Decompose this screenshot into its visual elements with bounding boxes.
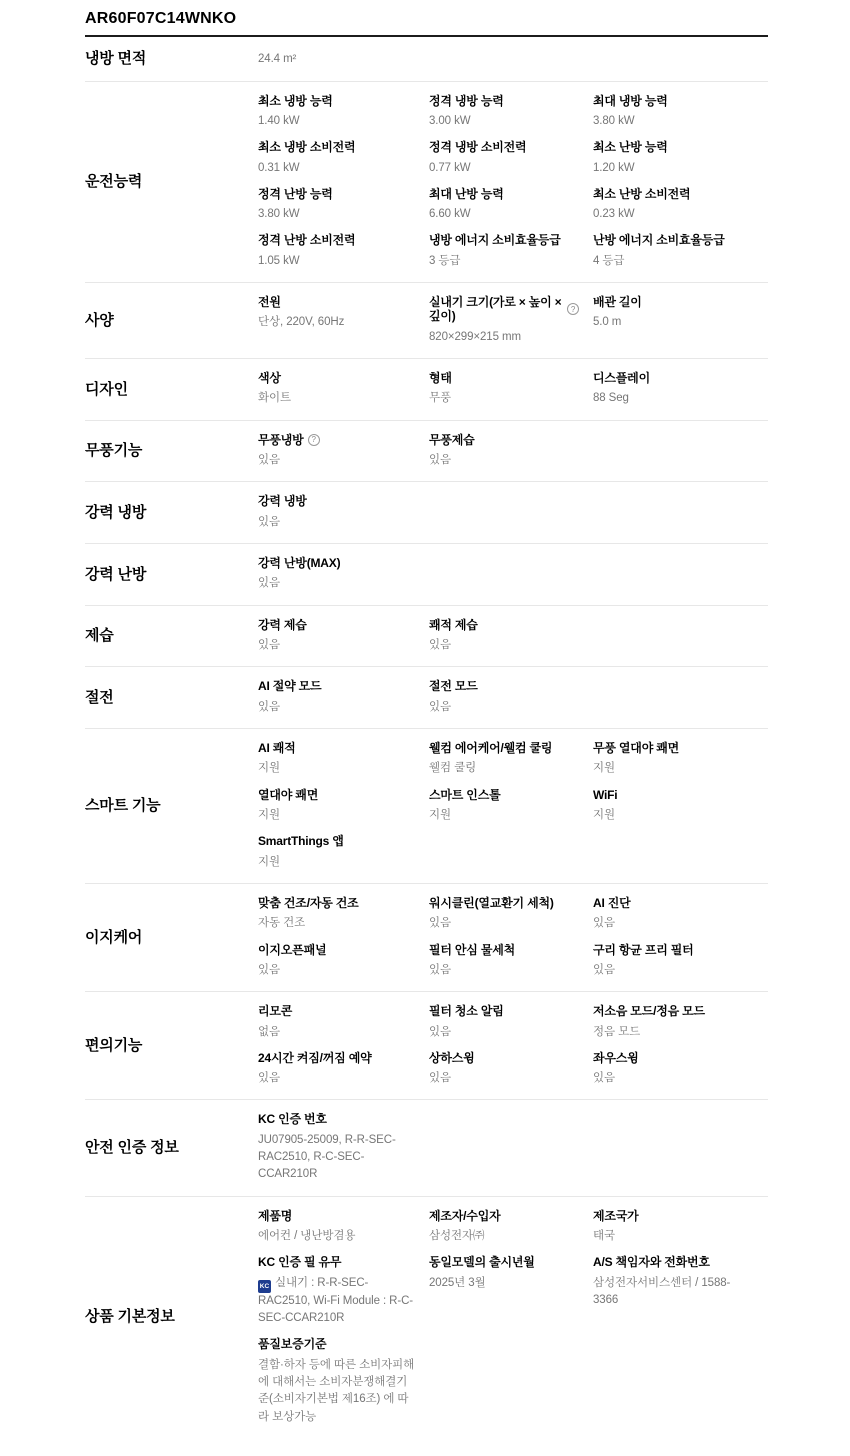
spec-item-label-text: 최소 난방 소비전력	[593, 187, 690, 201]
spec-item-label-text: 최소 냉방 능력	[258, 94, 333, 108]
spec-item-value-text: 있음	[593, 917, 615, 929]
spec-item-value-text: 1.20 kW	[593, 162, 634, 174]
spec-item-label: 24시간 켜짐/꺼짐 예약	[258, 1051, 415, 1065]
spec-item-label: 색상	[258, 371, 415, 385]
question-circle-icon[interactable]: ?	[308, 434, 320, 446]
spec-item-value: 있음	[429, 699, 579, 716]
spec-item-value: 0.31 kW	[258, 160, 415, 177]
spec-item-label: 쾌적 제습	[429, 618, 579, 632]
spec-item-value-text: 있음	[258, 639, 280, 651]
spec-item: SmartThings 앱지원	[258, 834, 429, 871]
section-label: 편의기능	[85, 1004, 258, 1087]
spec-item: 무풍냉방?있음	[258, 433, 429, 470]
spec-row: 이지케어맞춤 건조/자동 건조자동 건조워시클린(열교환기 세척)있음AI 진단…	[85, 884, 768, 992]
spec-item-label: 강력 난방(MAX)	[258, 556, 415, 570]
spec-item-label: 정격 냉방 소비전력	[429, 140, 579, 154]
spec-item-value: 0.77 kW	[429, 160, 579, 177]
section-label: 무풍기능	[85, 433, 258, 470]
spec-table: 냉방 면적24.4 m²운전능력최소 냉방 능력1.40 kW정격 냉방 능력3…	[85, 37, 768, 1438]
spec-item-value-text: 태국	[593, 1230, 615, 1242]
spec-item-label-text: 쾌적 제습	[429, 618, 478, 632]
spec-row: 안전 인증 정보KC 인증 번호JU07905-25009, R-R-SEC-R…	[85, 1100, 768, 1196]
spec-item: 저소음 모드/정음 모드정음 모드	[593, 1004, 768, 1041]
spec-item-label-text: SmartThings 앱	[258, 834, 344, 848]
product-spec-page: AR60F07C14WNKO 냉방 면적24.4 m²운전능력최소 냉방 능력1…	[0, 0, 850, 1456]
section-label: 디자인	[85, 371, 258, 408]
spec-item: 구리 항균 프리 필터있음	[593, 943, 768, 980]
spec-item: 정격 난방 능력3.80 kW	[258, 187, 429, 224]
spec-item-value-text: 0.77 kW	[429, 162, 470, 174]
spec-item-label-text: 이지오픈패널	[258, 943, 326, 957]
spec-item-label: 제품명	[258, 1209, 415, 1223]
spec-item-value: 있음	[429, 637, 579, 654]
spec-row: 디자인색상화이트형태무풍디스플레이88 Seg	[85, 359, 768, 421]
section-label: 절전	[85, 679, 258, 716]
spec-item: 이지오픈패널있음	[258, 943, 429, 980]
spec-item-value: 820×299×215 mm	[429, 329, 579, 346]
spec-item-value: 24.4 m²	[258, 51, 415, 68]
spec-item: 필터 청소 알림있음	[429, 1004, 593, 1041]
spec-item-label-text: AI 쾌적	[258, 741, 296, 755]
spec-item-label-text: 리모콘	[258, 1004, 292, 1018]
section-items-grid: 강력 제습있음쾌적 제습있음	[258, 618, 768, 655]
spec-item-label-text: 난방 에너지 소비효율등급	[593, 233, 725, 247]
spec-item-label: 최소 난방 능력	[593, 140, 754, 154]
spec-row: 강력 난방강력 난방(MAX)있음	[85, 544, 768, 606]
spec-item-label-text: 스마트 인스톨	[429, 788, 501, 802]
spec-item: 맞춤 건조/자동 건조자동 건조	[258, 896, 429, 933]
spec-item-label-text: 정격 난방 소비전력	[258, 233, 355, 247]
spec-item-value-text: 5.0 m	[593, 316, 621, 328]
section-items-grid: AI 쾌적지원웰컴 에어케어/웰컴 쿨링웰컴 쿨링무풍 열대야 쾌면지원열대야 …	[258, 741, 768, 871]
spec-item-label: 동일모델의 출시년월	[429, 1255, 579, 1269]
spec-item: 배관 길이5.0 m	[593, 295, 768, 346]
spec-item-label-text: 워시클린(열교환기 세척)	[429, 896, 554, 910]
spec-item-label: 정격 난방 능력	[258, 187, 415, 201]
spec-item-value: 1.40 kW	[258, 113, 415, 130]
spec-item-value: 없음	[258, 1024, 415, 1041]
section-items-grid: 전원단상, 220V, 60Hz실내기 크기(가로 × 높이 × 깊이)?820…	[258, 295, 768, 346]
spec-item: 디스플레이88 Seg	[593, 371, 768, 408]
section-label: 냉방 면적	[85, 49, 258, 69]
spec-item-label: 정격 난방 소비전력	[258, 233, 415, 247]
spec-item-label-text: 상하스윙	[429, 1051, 475, 1065]
question-circle-icon[interactable]: ?	[567, 303, 579, 315]
spec-item: 동일모델의 출시년월2025년 3월	[429, 1255, 593, 1327]
spec-item: 24시간 켜짐/꺼짐 예약있음	[258, 1051, 429, 1088]
spec-item-label: SmartThings 앱	[258, 834, 415, 848]
spec-item-label-text: 절전 모드	[429, 679, 478, 693]
spec-item-value-text: 지원	[429, 809, 451, 821]
spec-item-label: 무풍 열대야 쾌면	[593, 741, 754, 755]
spec-item: 정격 냉방 능력3.00 kW	[429, 94, 593, 131]
page-header: AR60F07C14WNKO	[85, 0, 768, 37]
spec-item-label-text: 무풍제습	[429, 433, 475, 447]
spec-item-label-text: 좌우스윙	[593, 1051, 639, 1065]
spec-item-label-text: 최소 냉방 소비전력	[258, 140, 355, 154]
section-items-grid: 무풍냉방?있음무풍제습있음	[258, 433, 768, 470]
spec-item-value: 무풍	[429, 390, 579, 407]
spec-item: AI 진단있음	[593, 896, 768, 933]
spec-item-label: 웰컴 에어케어/웰컴 쿨링	[429, 741, 579, 755]
spec-item-label: 제조자/수입자	[429, 1209, 579, 1223]
spec-item-value: 삼성전자㈜	[429, 1228, 579, 1245]
spec-item-value: 있음	[258, 637, 415, 654]
spec-item-label-text: 24시간 켜짐/꺼짐 예약	[258, 1051, 372, 1065]
spec-item-value-text: 2025년 3월	[429, 1277, 486, 1289]
spec-item-label: KC 인증 필 유무	[258, 1255, 415, 1269]
page-title: AR60F07C14WNKO	[85, 10, 768, 28]
spec-item-value: 있음	[429, 962, 579, 979]
spec-item: 필터 안심 물세척있음	[429, 943, 593, 980]
spec-item-label: 이지오픈패널	[258, 943, 415, 957]
spec-item: 최소 난방 소비전력0.23 kW	[593, 187, 768, 224]
spec-item: 리모콘없음	[258, 1004, 429, 1041]
spec-item-value: 지원	[258, 760, 415, 777]
spec-item-value: 지원	[429, 807, 579, 824]
spec-item-value-text: 88 Seg	[593, 392, 629, 404]
spec-item-label: 저소음 모드/정음 모드	[593, 1004, 754, 1018]
spec-item-value: 있음	[258, 699, 415, 716]
spec-row: 스마트 기능AI 쾌적지원웰컴 에어케어/웰컴 쿨링웰컴 쿨링무풍 열대야 쾌면…	[85, 729, 768, 884]
spec-item-value-text: 있음	[429, 1072, 451, 1084]
spec-item-value: 3.00 kW	[429, 113, 579, 130]
spec-item-value-text: 자동 건조	[258, 917, 305, 929]
spec-item-value-text: 에어컨 / 냉난방겸용	[258, 1230, 355, 1242]
spec-item-label: A/S 책임자와 전화번호	[593, 1255, 754, 1269]
section-label: 상품 기본정보	[85, 1209, 258, 1426]
spec-item-value-text: 3.80 kW	[258, 208, 299, 220]
spec-item-label-text: 동일모델의 출시년월	[429, 1255, 535, 1269]
spec-item-label: 강력 냉방	[258, 494, 415, 508]
section-items-grid: 강력 난방(MAX)있음	[258, 556, 768, 593]
spec-item-label: 최대 냉방 능력	[593, 94, 754, 108]
spec-item-label-text: 필터 안심 물세척	[429, 943, 515, 957]
spec-item-label-text: 최소 난방 능력	[593, 140, 668, 154]
spec-item: 최소 냉방 능력1.40 kW	[258, 94, 429, 131]
spec-item-value: 단상, 220V, 60Hz	[258, 314, 415, 331]
section-items-grid: 맞춤 건조/자동 건조자동 건조워시클린(열교환기 세척)있음AI 진단있음이지…	[258, 896, 768, 979]
spec-item-label: 상하스윙	[429, 1051, 579, 1065]
spec-item-value-text: 있음	[258, 1072, 280, 1084]
section-label: 사양	[85, 295, 258, 346]
spec-item-value: 5.0 m	[593, 314, 754, 331]
section-items-grid: AI 절약 모드있음절전 모드있음	[258, 679, 768, 716]
spec-item-value-text: 0.31 kW	[258, 162, 299, 174]
section-items-grid: 리모콘없음필터 청소 알림있음저소음 모드/정음 모드정음 모드24시간 켜짐/…	[258, 1004, 768, 1087]
spec-item-value: 지원	[258, 807, 415, 824]
spec-item-value-text: 있음	[429, 964, 451, 976]
spec-item-value: 있음	[258, 575, 415, 592]
spec-item: 스마트 인스톨지원	[429, 788, 593, 825]
spec-item-value-text: 단상, 220V, 60Hz	[258, 316, 344, 328]
section-label: 안전 인증 정보	[85, 1112, 258, 1183]
spec-item-label-text: 냉방 에너지 소비효율등급	[429, 233, 561, 247]
spec-item-label-text: 저소음 모드/정음 모드	[593, 1004, 705, 1018]
section-label: 강력 냉방	[85, 494, 258, 531]
spec-item-label: 구리 항균 프리 필터	[593, 943, 754, 957]
spec-item-label: 워시클린(열교환기 세척)	[429, 896, 579, 910]
spec-row: 무풍기능무풍냉방?있음무풍제습있음	[85, 421, 768, 483]
spec-item: 강력 제습있음	[258, 618, 429, 655]
spec-item-label: 최소 냉방 능력	[258, 94, 415, 108]
spec-item-label-text: 맞춤 건조/자동 건조	[258, 896, 359, 910]
spec-item-value: 정음 모드	[593, 1024, 754, 1041]
spec-item: 제품명에어컨 / 냉난방겸용	[258, 1209, 429, 1246]
spec-item-value-text: 3 등급	[429, 255, 460, 267]
spec-row: 절전AI 절약 모드있음절전 모드있음	[85, 667, 768, 729]
spec-item-value: 지원	[593, 807, 754, 824]
spec-item: 최대 난방 능력6.60 kW	[429, 187, 593, 224]
spec-item: 전원단상, 220V, 60Hz	[258, 295, 429, 346]
section-items-grid: 최소 냉방 능력1.40 kW정격 냉방 능력3.00 kW최대 냉방 능력3.…	[258, 94, 768, 271]
spec-item: 절전 모드있음	[429, 679, 593, 716]
spec-row: 제습강력 제습있음쾌적 제습있음	[85, 606, 768, 668]
spec-item: AI 쾌적지원	[258, 741, 429, 778]
spec-item: WiFi지원	[593, 788, 768, 825]
spec-item-value-text: 0.23 kW	[593, 208, 634, 220]
spec-item: 제조자/수입자삼성전자㈜	[429, 1209, 593, 1246]
spec-item-value: 있음	[429, 452, 579, 469]
spec-item: AI 절약 모드있음	[258, 679, 429, 716]
spec-item-value-text: 지원	[593, 762, 615, 774]
spec-item-value-text: 지원	[258, 762, 280, 774]
spec-item-value: 6.60 kW	[429, 206, 579, 223]
spec-item-label-text: 최대 난방 능력	[429, 187, 504, 201]
spec-item-value: 지원	[258, 854, 415, 871]
spec-item: 강력 냉방있음	[258, 494, 429, 531]
spec-item-label-text: 강력 제습	[258, 618, 307, 632]
spec-item-label-text: 정격 냉방 능력	[429, 94, 504, 108]
spec-item-label-text: 제조자/수입자	[429, 1209, 501, 1223]
spec-item-value: 3.80 kW	[258, 206, 415, 223]
kc-certification-mark-icon: KC	[258, 1280, 271, 1293]
spec-item-label-text: 제조국가	[593, 1209, 639, 1223]
spec-item-label: 전원	[258, 295, 415, 309]
spec-item-value-text: 삼성전자서비스센터 / 1588-3366	[593, 1277, 730, 1306]
spec-item-value-text: 있음	[429, 917, 451, 929]
spec-item: 무풍제습있음	[429, 433, 593, 470]
spec-row: 운전능력최소 냉방 능력1.40 kW정격 냉방 능력3.00 kW최대 냉방 …	[85, 82, 768, 284]
spec-item-value: 3.80 kW	[593, 113, 754, 130]
spec-item-label: 형태	[429, 371, 579, 385]
spec-item-value: 있음	[593, 915, 754, 932]
spec-item-value-text: 있음	[258, 516, 280, 528]
spec-item-label: 실내기 크기(가로 × 높이 × 깊이)?	[429, 295, 579, 324]
spec-item: KC 인증 필 유무KC실내기 : R-R-SEC-RAC2510, Wi-Fi…	[258, 1255, 429, 1327]
section-items-grid: 색상화이트형태무풍디스플레이88 Seg	[258, 371, 768, 408]
spec-item: 최대 냉방 능력3.80 kW	[593, 94, 768, 131]
spec-item-value: 결함·하자 등에 따른 소비자피해에 대해서는 소비자분쟁해결기준(소비자기본법…	[258, 1357, 415, 1426]
spec-item-value-text: 있음	[593, 1072, 615, 1084]
spec-item-value-text: 결함·하자 등에 따른 소비자피해에 대해서는 소비자분쟁해결기준(소비자기본법…	[258, 1359, 414, 1423]
spec-row: 냉방 면적24.4 m²	[85, 37, 768, 82]
spec-item-value: KC실내기 : R-R-SEC-RAC2510, Wi-Fi Module : …	[258, 1275, 415, 1328]
spec-item-label-text: WiFi	[593, 788, 617, 802]
spec-item-label: AI 절약 모드	[258, 679, 415, 693]
spec-item-value-text: 있음	[258, 454, 280, 466]
spec-item-value: JU07905-25009, R-R-SEC-RAC2510, R-C-SEC-…	[258, 1132, 415, 1184]
spec-item-label-text: 품질보증기준	[258, 1337, 326, 1351]
spec-item: 상하스윙있음	[429, 1051, 593, 1088]
spec-item-value: 있음	[593, 1070, 754, 1087]
spec-item-label-text: 배관 길이	[593, 295, 642, 309]
spec-item-label-text: 열대야 쾌면	[258, 788, 318, 802]
spec-item-value-text: 웰컴 쿨링	[429, 762, 476, 774]
spec-item-value-text: 820×299×215 mm	[429, 331, 521, 343]
spec-item-value: 있음	[593, 962, 754, 979]
spec-item-value-text: 있음	[258, 701, 280, 713]
spec-item-label: 필터 안심 물세척	[429, 943, 579, 957]
spec-item-value-text: 있음	[429, 701, 451, 713]
spec-item: 실내기 크기(가로 × 높이 × 깊이)?820×299×215 mm	[429, 295, 593, 346]
spec-item-value: 1.20 kW	[593, 160, 754, 177]
spec-item: 웰컴 에어케어/웰컴 쿨링웰컴 쿨링	[429, 741, 593, 778]
spec-item: 색상화이트	[258, 371, 429, 408]
spec-item-label: 제조국가	[593, 1209, 754, 1223]
spec-item: A/S 책임자와 전화번호삼성전자서비스센터 / 1588-3366	[593, 1255, 768, 1327]
section-items-grid: 24.4 m²	[258, 49, 768, 69]
spec-item-value-text: 있음	[258, 964, 280, 976]
spec-item-value-text: 있음	[429, 454, 451, 466]
spec-item-label: 최대 난방 능력	[429, 187, 579, 201]
spec-item-value-text: 삼성전자㈜	[429, 1230, 484, 1242]
spec-item-label: AI 쾌적	[258, 741, 415, 755]
spec-item-label-text: KC 인증 번호	[258, 1112, 327, 1126]
spec-item-value: 화이트	[258, 390, 415, 407]
section-items-grid: 강력 냉방있음	[258, 494, 768, 531]
section-label: 강력 난방	[85, 556, 258, 593]
spec-item-value-text: 3.80 kW	[593, 115, 634, 127]
spec-item-label: 스마트 인스톨	[429, 788, 579, 802]
spec-item-label: 무풍냉방?	[258, 433, 415, 447]
spec-item-label: 정격 냉방 능력	[429, 94, 579, 108]
spec-item-value: 있음	[429, 915, 579, 932]
spec-item-label: 배관 길이	[593, 295, 754, 309]
section-label: 스마트 기능	[85, 741, 258, 871]
spec-item-label: 좌우스윙	[593, 1051, 754, 1065]
spec-item-label-text: 강력 난방(MAX)	[258, 556, 340, 570]
section-label: 이지케어	[85, 896, 258, 979]
spec-item-value: 0.23 kW	[593, 206, 754, 223]
spec-item: 난방 에너지 소비효율등급4 등급	[593, 233, 768, 270]
spec-item: 열대야 쾌면지원	[258, 788, 429, 825]
spec-item-value-text: 있음	[429, 639, 451, 651]
spec-item: 최소 냉방 소비전력0.31 kW	[258, 140, 429, 177]
spec-item-label-text: 전원	[258, 295, 281, 309]
spec-row: 편의기능리모콘없음필터 청소 알림있음저소음 모드/정음 모드정음 모드24시간…	[85, 992, 768, 1100]
spec-item-label: 최소 냉방 소비전력	[258, 140, 415, 154]
spec-item-value-text: 있음	[593, 964, 615, 976]
spec-item-label: 강력 제습	[258, 618, 415, 632]
spec-item-label-text: 디스플레이	[593, 371, 650, 385]
spec-item-value: 있음	[258, 1070, 415, 1087]
spec-item-label-text: 형태	[429, 371, 452, 385]
spec-row: 상품 기본정보제품명에어컨 / 냉난방겸용제조자/수입자삼성전자㈜제조국가태국K…	[85, 1197, 768, 1438]
spec-row: 사양전원단상, 220V, 60Hz실내기 크기(가로 × 높이 × 깊이)?8…	[85, 283, 768, 359]
section-items-grid: 제품명에어컨 / 냉난방겸용제조자/수입자삼성전자㈜제조국가태국KC 인증 필 …	[258, 1209, 768, 1426]
spec-item-label-text: 정격 냉방 소비전력	[429, 140, 526, 154]
spec-item-value-text: 1.40 kW	[258, 115, 299, 127]
spec-item-label: 디스플레이	[593, 371, 754, 385]
spec-item-label-text: 색상	[258, 371, 281, 385]
spec-item: 정격 냉방 소비전력0.77 kW	[429, 140, 593, 177]
spec-item-label-text: 무풍 열대야 쾌면	[593, 741, 679, 755]
spec-item-value-text: 1.05 kW	[258, 255, 299, 267]
spec-item-label: 난방 에너지 소비효율등급	[593, 233, 754, 247]
spec-item-value: 태국	[593, 1228, 754, 1245]
spec-item-value: 1.05 kW	[258, 253, 415, 270]
spec-item-value-text: 3.00 kW	[429, 115, 470, 127]
spec-item-label: 리모콘	[258, 1004, 415, 1018]
spec-item-value-text: 지원	[258, 856, 280, 868]
spec-item-value: 2025년 3월	[429, 1275, 579, 1292]
spec-item-label-text: A/S 책임자와 전화번호	[593, 1255, 710, 1269]
spec-item-label: 무풍제습	[429, 433, 579, 447]
spec-item-label: 품질보증기준	[258, 1337, 415, 1351]
spec-item: 최소 난방 능력1.20 kW	[593, 140, 768, 177]
spec-item-value: 3 등급	[429, 253, 579, 270]
spec-item-label: 열대야 쾌면	[258, 788, 415, 802]
spec-item-label-text: AI 절약 모드	[258, 679, 321, 693]
spec-item-label-text: AI 진단	[593, 896, 631, 910]
spec-item-value: 웰컴 쿨링	[429, 760, 579, 777]
spec-item-value: 지원	[593, 760, 754, 777]
spec-item-value: 4 등급	[593, 253, 754, 270]
spec-item-label-text: 무풍냉방	[258, 433, 304, 447]
spec-item: KC 인증 번호JU07905-25009, R-R-SEC-RAC2510, …	[258, 1112, 429, 1183]
spec-item-value-text: JU07905-25009, R-R-SEC-RAC2510, R-C-SEC-…	[258, 1134, 396, 1181]
spec-item-value: 있음	[429, 1070, 579, 1087]
spec-item: 정격 난방 소비전력1.05 kW	[258, 233, 429, 270]
spec-item-label-text: 구리 항균 프리 필터	[593, 943, 694, 957]
spec-item-label: AI 진단	[593, 896, 754, 910]
spec-item: 형태무풍	[429, 371, 593, 408]
spec-item-value-text: 24.4 m²	[258, 53, 296, 65]
spec-item: 좌우스윙있음	[593, 1051, 768, 1088]
spec-item-label-text: 정격 난방 능력	[258, 187, 333, 201]
spec-item-value-text: 있음	[258, 577, 280, 589]
spec-item-value-text: 실내기 : R-R-SEC-RAC2510, Wi-Fi Module : R-…	[258, 1277, 413, 1325]
spec-item-value-text: 정음 모드	[593, 1026, 640, 1038]
spec-item-value-text: 지원	[258, 809, 280, 821]
spec-item-label-text: 최대 냉방 능력	[593, 94, 668, 108]
spec-item-value: 있음	[258, 962, 415, 979]
spec-item-value: 있음	[258, 452, 415, 469]
spec-item-value: 있음	[429, 1024, 579, 1041]
spec-item: 24.4 m²	[258, 50, 429, 68]
spec-item-label-text: 제품명	[258, 1209, 292, 1223]
spec-item-value: 자동 건조	[258, 915, 415, 932]
spec-row: 강력 냉방강력 냉방있음	[85, 482, 768, 544]
spec-item-value: 88 Seg	[593, 390, 754, 407]
spec-item-value-text: 있음	[429, 1026, 451, 1038]
spec-item-label: 필터 청소 알림	[429, 1004, 579, 1018]
section-label: 운전능력	[85, 94, 258, 271]
spec-item-value: 있음	[258, 514, 415, 531]
spec-item-label-text: 필터 청소 알림	[429, 1004, 504, 1018]
spec-item-value-text: 무풍	[429, 392, 451, 404]
spec-item: 워시클린(열교환기 세척)있음	[429, 896, 593, 933]
spec-item-label: KC 인증 번호	[258, 1112, 415, 1126]
section-items-grid: KC 인증 번호JU07905-25009, R-R-SEC-RAC2510, …	[258, 1112, 768, 1183]
spec-item-label-text: 강력 냉방	[258, 494, 307, 508]
spec-item-label: WiFi	[593, 788, 754, 802]
spec-item-value-text: 없음	[258, 1026, 280, 1038]
spec-item-label-text: 실내기 크기(가로 × 높이 × 깊이)	[429, 295, 563, 324]
spec-item-label: 절전 모드	[429, 679, 579, 693]
spec-item-label-text: KC 인증 필 유무	[258, 1255, 341, 1269]
